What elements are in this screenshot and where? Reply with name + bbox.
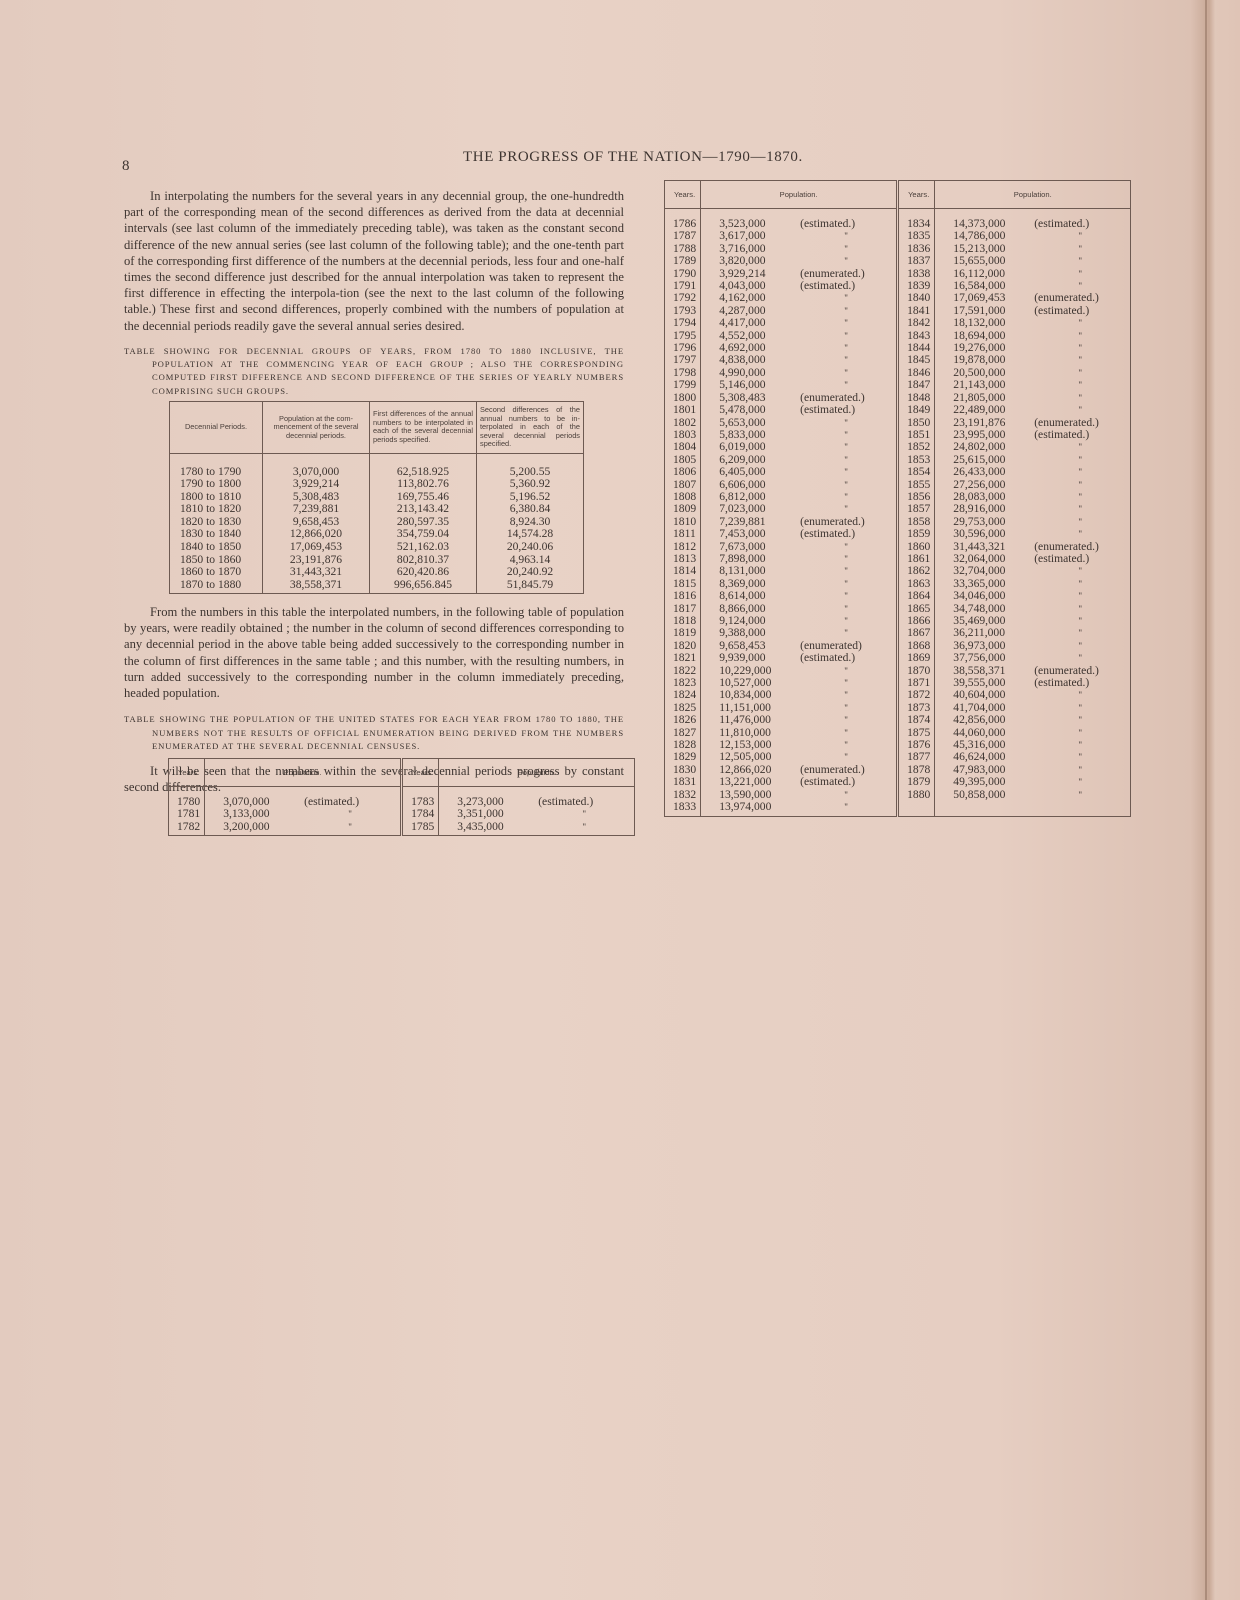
cell-second-difference: 6,380.84 bbox=[477, 503, 584, 516]
cell-population bbox=[935, 801, 1131, 816]
cell-population: 7,023,000 " bbox=[701, 503, 898, 515]
cell-second-difference: 20,240.92 bbox=[477, 566, 584, 579]
cell-population: 24,802,000 " bbox=[935, 441, 1131, 453]
population-value: 9,939,000 bbox=[719, 652, 797, 664]
ditto-mark: " bbox=[1034, 441, 1126, 453]
cell-population: 3,273,000 (estimated.) bbox=[439, 787, 635, 809]
population-value: 14,786,000 bbox=[953, 230, 1031, 242]
header-population: Population. bbox=[701, 181, 898, 209]
population-value: 3,617,000 bbox=[719, 230, 797, 242]
population-value: 5,478,000 bbox=[719, 404, 797, 416]
ditto-mark: " bbox=[800, 714, 892, 726]
ditto-mark: " bbox=[1034, 789, 1126, 801]
population-value: 22,489,000 bbox=[953, 404, 1031, 416]
cell-year: 1819 bbox=[665, 627, 701, 639]
population-value: 7,453,000 bbox=[719, 528, 797, 540]
cell-year: 1833 bbox=[665, 801, 701, 816]
ditto-mark: " bbox=[1034, 230, 1126, 242]
population-value: 7,023,000 bbox=[719, 503, 797, 515]
population-value: 46,624,000 bbox=[953, 751, 1031, 763]
population-value: 4,838,000 bbox=[719, 354, 797, 366]
cell-year: 1880 bbox=[898, 789, 935, 801]
ditto-mark: " bbox=[800, 292, 892, 304]
cell-period: 1780 to 1790 bbox=[170, 453, 263, 478]
cell-year: 1840 bbox=[898, 292, 935, 304]
status-note: (estimated.) bbox=[800, 280, 855, 292]
population-value: 13,221,000 bbox=[719, 776, 797, 788]
cell-population: 4,417,000 " bbox=[701, 317, 898, 329]
cell-population: 8,131,000 " bbox=[701, 565, 898, 577]
cell-year: 1792 bbox=[665, 292, 701, 304]
ditto-mark: " bbox=[1034, 627, 1126, 639]
cell-population: 19,878,000 " bbox=[935, 354, 1131, 366]
table-row: 17995,146,000 "184721,143,000 " bbox=[665, 379, 1131, 391]
ditto-mark: " bbox=[1034, 640, 1126, 652]
ditto-mark: " bbox=[800, 243, 892, 255]
ditto-mark: " bbox=[1034, 491, 1126, 503]
ditto-mark: " bbox=[800, 479, 892, 491]
cell-population: 26,433,000 " bbox=[935, 466, 1131, 478]
ditto-mark: " bbox=[800, 367, 892, 379]
status-note: (estimated.) bbox=[1034, 218, 1089, 230]
cell-population: 7,239,881 bbox=[263, 503, 370, 516]
cell-population: 14,373,000 (estimated.) bbox=[935, 209, 1131, 231]
cell-period: 1860 to 1870 bbox=[170, 566, 263, 579]
status-note: (estimated.) bbox=[1034, 429, 1089, 441]
cell-year: 1785 bbox=[402, 821, 439, 836]
header-first-differences: First differences of the annual numbers … bbox=[370, 402, 477, 454]
table-row: 17873,617,000 "183514,786,000 " bbox=[665, 230, 1131, 242]
cell-period: 1870 to 1880 bbox=[170, 579, 263, 594]
ditto-mark: " bbox=[800, 702, 892, 714]
table-row: 17974,838,000 "184519,878,000 " bbox=[665, 354, 1131, 366]
cell-year: 1811 bbox=[665, 528, 701, 540]
population-value: 26,433,000 bbox=[953, 466, 1031, 478]
cell-population: 49,395,000 " bbox=[935, 776, 1131, 788]
cell-year: 1834 bbox=[898, 209, 935, 231]
cell-population: 18,132,000 " bbox=[935, 317, 1131, 329]
table-row: 18046,019,000 "185224,802,000 " bbox=[665, 441, 1131, 453]
ditto-mark: " bbox=[800, 454, 892, 466]
ditto-mark: " bbox=[1034, 330, 1126, 342]
ditto-mark: " bbox=[800, 541, 892, 553]
cell-year: 1842 bbox=[898, 317, 935, 329]
header-population: Population. bbox=[205, 759, 402, 787]
cell-population: 3,523,000 (estimated.) bbox=[701, 209, 898, 231]
ditto-mark: " bbox=[1034, 764, 1126, 776]
ditto-mark: " bbox=[800, 801, 892, 813]
cell-year: 1831 bbox=[665, 776, 701, 788]
yearly-big-body: 17863,523,000 (estimated.)183414,373,000… bbox=[665, 209, 1131, 817]
yearly-population-table-part2: Years. Population. Years. Population. 17… bbox=[664, 180, 1131, 817]
population-value: 6,405,000 bbox=[719, 466, 797, 478]
cell-year: 1806 bbox=[665, 466, 701, 478]
cell-year: 1794 bbox=[665, 317, 701, 329]
running-head: THE PROGRESS OF THE NATION—1790—1870. bbox=[463, 149, 803, 166]
table-row: 18168,614,000 "186434,046,000 " bbox=[665, 590, 1131, 602]
ditto-mark: " bbox=[1034, 479, 1126, 491]
cell-year: 1786 bbox=[665, 209, 701, 231]
population-value: 21,143,000 bbox=[953, 379, 1031, 391]
status-note: (estimated.) bbox=[800, 528, 855, 540]
table-row: 17823,200,000 "17853,435,000 " bbox=[169, 821, 635, 836]
cell-population: 4,838,000 " bbox=[701, 354, 898, 366]
cell-population: 28,916,000 " bbox=[935, 503, 1131, 515]
ditto-mark: " bbox=[1034, 379, 1126, 391]
cell-year: 1821 bbox=[665, 652, 701, 664]
yearly-population-table-part1: Years. Population. Years. Population. 17… bbox=[168, 758, 635, 836]
cell-population: 37,756,000 " bbox=[935, 652, 1131, 664]
table-row: 18097,023,000 "185728,916,000 " bbox=[665, 503, 1131, 515]
header-years: Years. bbox=[402, 759, 439, 787]
page-number: 8 bbox=[122, 158, 130, 175]
cell-population: 21,143,000 " bbox=[935, 379, 1131, 391]
ditto-mark: " bbox=[304, 808, 396, 820]
ditto-mark: " bbox=[1034, 454, 1126, 466]
ditto-mark: " bbox=[538, 821, 630, 833]
status-note: (estimated.) bbox=[800, 776, 855, 788]
population-value: 11,476,000 bbox=[719, 714, 797, 726]
population-value: 3,133,000 bbox=[223, 808, 301, 820]
ditto-mark: " bbox=[800, 689, 892, 701]
table-row: 18117,453,000 (estimated.)185930,596,000… bbox=[665, 528, 1131, 540]
cell-population: 31,443,321 bbox=[263, 566, 370, 579]
cell-population: 50,858,000 " bbox=[935, 789, 1131, 801]
ditto-mark: " bbox=[1034, 255, 1126, 267]
ditto-mark: " bbox=[800, 305, 892, 317]
ditto-mark: " bbox=[538, 808, 630, 820]
cell-population: 3,820,000 " bbox=[701, 255, 898, 267]
population-value: 40,604,000 bbox=[953, 689, 1031, 701]
cell-year: 1799 bbox=[665, 379, 701, 391]
cell-population: 13,974,000 " bbox=[701, 801, 898, 816]
population-value: 3,820,000 bbox=[719, 255, 797, 267]
header-years: Years. bbox=[169, 759, 205, 787]
cell-population: 46,624,000 " bbox=[935, 751, 1131, 763]
ditto-mark: " bbox=[800, 677, 892, 689]
ditto-mark: " bbox=[1034, 404, 1126, 416]
status-note: (estimated.) bbox=[1034, 553, 1089, 565]
table-row: 17803,070,000 (estimated.)17833,273,000 … bbox=[169, 787, 635, 809]
cell-first-difference: 213,143.42 bbox=[370, 503, 477, 516]
table-row: 182611,476,000 "187442,856,000 " bbox=[665, 714, 1131, 726]
cell-period: 1810 to 1820 bbox=[170, 503, 263, 516]
cell-year: 1824 bbox=[665, 689, 701, 701]
ditto-mark: " bbox=[1034, 392, 1126, 404]
cell-second-difference: 51,845.79 bbox=[477, 579, 584, 594]
cell-population: 13,221,000 (estimated.) bbox=[701, 776, 898, 788]
cell-year: 1849 bbox=[898, 404, 935, 416]
cell-population: 7,453,000 (estimated.) bbox=[701, 528, 898, 540]
cell-population: 3,435,000 " bbox=[439, 821, 635, 836]
ditto-mark: " bbox=[800, 565, 892, 577]
table-row: 17813,133,000 "17843,351,000 " bbox=[169, 808, 635, 820]
table-row: 1840 to 185017,069,453521,162.0320,240.0… bbox=[170, 541, 584, 554]
ditto-mark: " bbox=[800, 627, 892, 639]
cell-year: 1869 bbox=[898, 652, 935, 664]
population-value: 6,019,000 bbox=[719, 441, 797, 453]
cell-period: 1840 to 1850 bbox=[170, 541, 263, 554]
cell-population: 6,019,000 " bbox=[701, 441, 898, 453]
population-value: 9,388,000 bbox=[719, 627, 797, 639]
cell-year: 1837 bbox=[898, 255, 935, 267]
cell-population: 3,070,000 bbox=[263, 453, 370, 478]
cell-year: 1864 bbox=[898, 590, 935, 602]
cell-population: 5,478,000 (estimated.) bbox=[701, 404, 898, 416]
cell-population: 3,351,000 " bbox=[439, 808, 635, 820]
cell-year: 1809 bbox=[665, 503, 701, 515]
ditto-mark: " bbox=[1034, 615, 1126, 627]
table-row: 17944,417,000 "184218,132,000 " bbox=[665, 317, 1131, 329]
decennial-groups-table: Decennial Periods. Population at the com… bbox=[169, 401, 584, 594]
cell-first-difference: 620,420.86 bbox=[370, 566, 477, 579]
cell-year: 1814 bbox=[665, 565, 701, 577]
cell-year: 1804 bbox=[665, 441, 701, 453]
cell-population: 11,476,000 " bbox=[701, 714, 898, 726]
table-row: 18066,405,000 "185426,433,000 " bbox=[665, 466, 1131, 478]
status-note: (estimated.) bbox=[1034, 305, 1089, 317]
population-value: 17,069,453 bbox=[953, 292, 1031, 304]
cell-population: 4,162,000 " bbox=[701, 292, 898, 304]
ditto-mark: " bbox=[800, 503, 892, 515]
decennial-table-header: Decennial Periods. Population at the com… bbox=[170, 402, 584, 454]
cell-year: 1816 bbox=[665, 590, 701, 602]
ditto-mark: " bbox=[1034, 243, 1126, 255]
ditto-mark: " bbox=[800, 751, 892, 763]
cell-population: 3,617,000 " bbox=[701, 230, 898, 242]
cell-population: 3,070,000 (estimated.) bbox=[205, 787, 402, 809]
population-value: 36,211,000 bbox=[953, 627, 1031, 639]
table-row: 1790 to 18003,929,214113,802.765,360.92 bbox=[170, 478, 584, 491]
ditto-mark: " bbox=[800, 441, 892, 453]
table-row: 1810 to 18207,239,881213,143.426,380.84 bbox=[170, 503, 584, 516]
status-note: (estimated.) bbox=[800, 404, 855, 416]
ditto-mark: " bbox=[800, 727, 892, 739]
table-row: 18199,388,000 "186736,211,000 " bbox=[665, 627, 1131, 639]
cell-first-difference: 62,518.925 bbox=[370, 453, 477, 478]
table-row: 183313,974,000 " bbox=[665, 801, 1131, 816]
table-row: 1780 to 17903,070,00062,518.9255,200.55 bbox=[170, 453, 584, 478]
cell-year: 1835 bbox=[898, 230, 935, 242]
cell-year: 1780 bbox=[169, 787, 205, 809]
header-population: Population. bbox=[935, 181, 1131, 209]
ditto-mark: " bbox=[1034, 689, 1126, 701]
cell-year: 1826 bbox=[665, 714, 701, 726]
cell-year: 1847 bbox=[898, 379, 935, 391]
population-value: 4,417,000 bbox=[719, 317, 797, 329]
ditto-mark: " bbox=[1034, 466, 1126, 478]
status-note: (estimated.) bbox=[1034, 677, 1089, 689]
cell-year: 1867 bbox=[898, 627, 935, 639]
population-value: 5,146,000 bbox=[719, 379, 797, 391]
cell-population: 6,405,000 " bbox=[701, 466, 898, 478]
cell-year: 1784 bbox=[402, 808, 439, 820]
cell-population: 3,200,000 " bbox=[205, 821, 402, 836]
cell-first-difference: 996,656.845 bbox=[370, 579, 477, 594]
ditto-mark: " bbox=[1034, 702, 1126, 714]
population-value: 34,046,000 bbox=[953, 590, 1031, 602]
cell-year: 1857 bbox=[898, 503, 935, 515]
header-years: Years. bbox=[898, 181, 935, 209]
cell-year: 1879 bbox=[898, 776, 935, 788]
ditto-mark: " bbox=[800, 255, 892, 267]
cell-population: 9,388,000 " bbox=[701, 627, 898, 639]
paragraph-interpolation-method: In interpolating the numbers for the sev… bbox=[124, 188, 624, 334]
cell-population: 17,069,453 (enumerated.) bbox=[935, 292, 1131, 304]
population-value: 15,655,000 bbox=[953, 255, 1031, 267]
ditto-mark: " bbox=[800, 491, 892, 503]
header-decennial-periods: Decennial Periods. bbox=[170, 402, 263, 454]
ditto-mark: " bbox=[1034, 503, 1126, 515]
population-value: 50,858,000 bbox=[953, 789, 1031, 801]
ditto-mark: " bbox=[800, 342, 892, 354]
cell-year: 1854 bbox=[898, 466, 935, 478]
cell-year: 1874 bbox=[898, 714, 935, 726]
ditto-mark: " bbox=[1034, 268, 1126, 280]
ditto-mark: " bbox=[1034, 652, 1126, 664]
ditto-mark: " bbox=[800, 417, 892, 429]
cell-year: 1787 bbox=[665, 230, 701, 242]
population-value: 8,131,000 bbox=[719, 565, 797, 577]
population-value: 18,132,000 bbox=[953, 317, 1031, 329]
table-row: 18015,478,000 (estimated.)184922,489,000… bbox=[665, 404, 1131, 416]
cell-population: 34,046,000 " bbox=[935, 590, 1131, 602]
population-value: 24,802,000 bbox=[953, 441, 1031, 453]
paragraph-derivation: From the numbers in this table the inter… bbox=[124, 604, 624, 701]
cell-year: 1783 bbox=[402, 787, 439, 809]
cell-year: 1852 bbox=[898, 441, 935, 453]
cell-population: 36,211,000 " bbox=[935, 627, 1131, 639]
cell-population: 40,604,000 " bbox=[935, 689, 1131, 701]
population-value: 10,834,000 bbox=[719, 689, 797, 701]
cell-population: 42,856,000 " bbox=[935, 714, 1131, 726]
left-column: In interpolating the numbers for the sev… bbox=[124, 188, 624, 398]
cell-second-difference: 5,200.55 bbox=[477, 453, 584, 478]
cell-year: 1862 bbox=[898, 565, 935, 577]
population-value: 4,162,000 bbox=[719, 292, 797, 304]
cell-population: 8,614,000 " bbox=[701, 590, 898, 602]
yearly-small-body: 17803,070,000 (estimated.)17833,273,000 … bbox=[169, 787, 635, 836]
cell-year: 1845 bbox=[898, 354, 935, 366]
table-row: 183113,221,000 (estimated.)187949,395,00… bbox=[665, 776, 1131, 788]
population-value: 3,435,000 bbox=[457, 821, 535, 833]
ditto-mark: " bbox=[800, 590, 892, 602]
ditto-mark: " bbox=[800, 578, 892, 590]
cell-year: 1789 bbox=[665, 255, 701, 267]
cell-second-difference: 20,240.06 bbox=[477, 541, 584, 554]
ditto-mark: " bbox=[800, 354, 892, 366]
ditto-mark: " bbox=[800, 317, 892, 329]
ditto-mark: " bbox=[1034, 516, 1126, 528]
population-value: 3,351,000 bbox=[457, 808, 535, 820]
cell-population: 14,786,000 " bbox=[935, 230, 1131, 242]
table-row: 17924,162,000 "184017,069,453 (enumerate… bbox=[665, 292, 1131, 304]
cell-population: 3,133,000 " bbox=[205, 808, 402, 820]
ditto-mark: " bbox=[1034, 565, 1126, 577]
table-row: 182410,834,000 "187240,604,000 " bbox=[665, 689, 1131, 701]
cell-first-difference: 113,802.76 bbox=[370, 478, 477, 491]
cell-period: 1790 to 1800 bbox=[170, 478, 263, 491]
table-row: 17863,523,000 (estimated.)183414,373,000… bbox=[665, 209, 1131, 231]
ditto-mark: " bbox=[800, 466, 892, 478]
ditto-mark: " bbox=[1034, 342, 1126, 354]
cell-second-difference: 5,360.92 bbox=[477, 478, 584, 491]
ditto-mark: " bbox=[800, 615, 892, 627]
cell-year: 1781 bbox=[169, 808, 205, 820]
cell-population: 12,505,000 " bbox=[701, 751, 898, 763]
cell-year: 1829 bbox=[665, 751, 701, 763]
ditto-mark: " bbox=[1034, 578, 1126, 590]
ditto-mark: " bbox=[800, 789, 892, 801]
population-value: 19,878,000 bbox=[953, 354, 1031, 366]
ditto-mark: " bbox=[800, 330, 892, 342]
page-fold-line bbox=[1205, 0, 1207, 1600]
table-row: 182912,505,000 "187746,624,000 " bbox=[665, 751, 1131, 763]
header-second-differences: Second differences of the annual numbers… bbox=[477, 402, 584, 454]
ditto-mark: " bbox=[1034, 317, 1126, 329]
population-value: 42,856,000 bbox=[953, 714, 1031, 726]
cell-year: 1782 bbox=[169, 821, 205, 836]
population-value: 3,200,000 bbox=[223, 821, 301, 833]
cell-year: 1797 bbox=[665, 354, 701, 366]
cell-population: 32,704,000 " bbox=[935, 565, 1131, 577]
ditto-mark: " bbox=[1034, 739, 1126, 751]
cell-first-difference: 521,162.03 bbox=[370, 541, 477, 554]
ditto-mark: " bbox=[800, 230, 892, 242]
ditto-mark: " bbox=[304, 821, 396, 833]
cell-year: 1877 bbox=[898, 751, 935, 763]
population-value: 28,916,000 bbox=[953, 503, 1031, 515]
status-note: (estimated.) bbox=[538, 796, 593, 808]
ditto-mark: " bbox=[1034, 714, 1126, 726]
population-value: 49,395,000 bbox=[953, 776, 1031, 788]
population-value: 30,596,000 bbox=[953, 528, 1031, 540]
cell-population: 38,558,371 bbox=[263, 579, 370, 594]
table-row: 18148,131,000 "186232,704,000 " bbox=[665, 565, 1131, 577]
cell-population: 5,146,000 " bbox=[701, 379, 898, 391]
status-note: (enumerated.) bbox=[1034, 292, 1099, 304]
cell-year: 1801 bbox=[665, 404, 701, 416]
header-years: Years. bbox=[665, 181, 701, 209]
table-row: 1870 to 188038,558,371996,656.84551,845.… bbox=[170, 579, 584, 594]
ditto-mark: " bbox=[1034, 603, 1126, 615]
population-value: 8,614,000 bbox=[719, 590, 797, 602]
cell-population: 15,655,000 " bbox=[935, 255, 1131, 267]
population-value: 12,505,000 bbox=[719, 751, 797, 763]
cell-population: 30,596,000 " bbox=[935, 528, 1131, 540]
ditto-mark: " bbox=[1034, 727, 1126, 739]
ditto-mark: " bbox=[800, 603, 892, 615]
ditto-mark: " bbox=[800, 429, 892, 441]
ditto-mark: " bbox=[1034, 590, 1126, 602]
cell-population: 9,939,000 (estimated.) bbox=[701, 652, 898, 664]
population-value: 37,756,000 bbox=[953, 652, 1031, 664]
cell-population: 17,069,453 bbox=[263, 541, 370, 554]
header-population: Population. bbox=[439, 759, 635, 787]
cell-year: 1859 bbox=[898, 528, 935, 540]
header-population: Population at the com-mencement of the s… bbox=[263, 402, 370, 454]
status-note: (estimated.) bbox=[304, 796, 359, 808]
cell-year: 1872 bbox=[898, 689, 935, 701]
ditto-mark: " bbox=[800, 665, 892, 677]
ditto-mark: " bbox=[1034, 367, 1126, 379]
decennial-table-body: 1780 to 17903,070,00062,518.9255,200.551… bbox=[170, 453, 584, 594]
cell-population: 22,489,000 " bbox=[935, 404, 1131, 416]
table-row: 17893,820,000 "183715,655,000 " bbox=[665, 255, 1131, 267]
population-value: 32,704,000 bbox=[953, 565, 1031, 577]
population-value: 13,974,000 bbox=[719, 801, 797, 813]
table-row: 18219,939,000 (estimated.)186937,756,000… bbox=[665, 652, 1131, 664]
